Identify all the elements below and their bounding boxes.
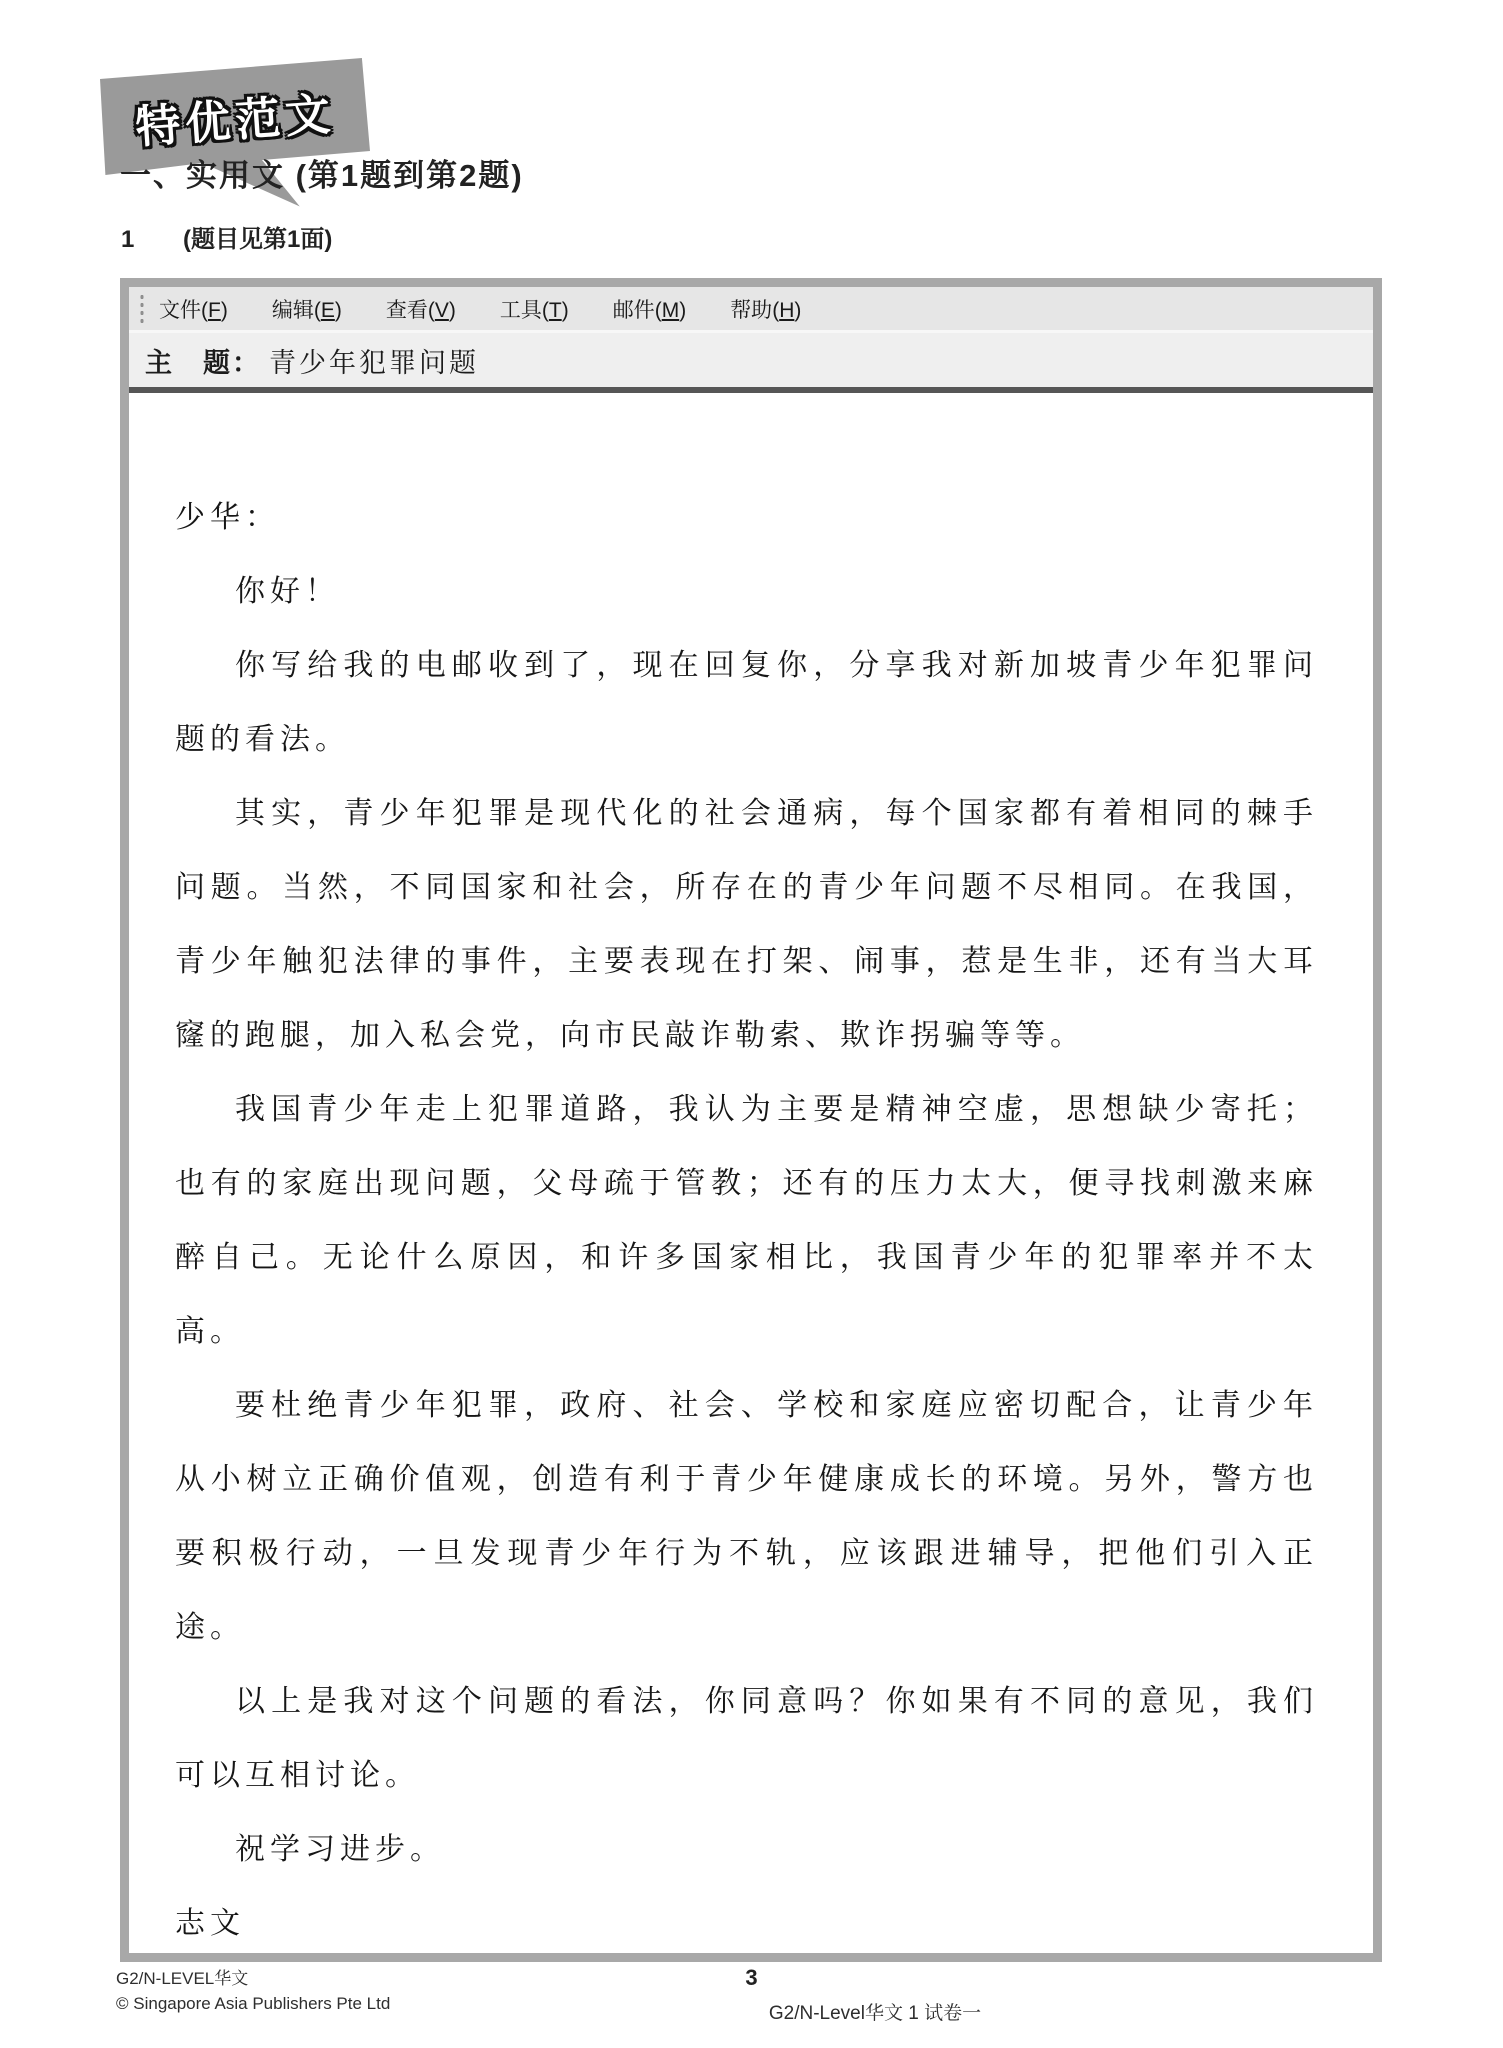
menu-bar: 文件F 编辑E 查看V 工具T 邮件M 帮助H (129, 287, 1373, 333)
email-body: 少华： 你好！ 你写给我的电邮收到了，现在回复你，分享我对新加坡青少年犯罪问题的… (129, 393, 1373, 1961)
menu-hotkey: F (201, 299, 228, 322)
letter-paragraph: 要杜绝青少年犯罪，政府、社会、学校和家庭应密切配合，让青少年从小树立正确价值观，… (175, 1369, 1318, 1665)
letter-paragraph: 以上是我对这个问题的看法，你同意吗？你如果有不同的意见，我们可以互相讨论。 (175, 1665, 1318, 1813)
question-note: (题目见第1面) (183, 226, 332, 253)
menu-grip-handle[interactable] (139, 293, 145, 325)
menu-hotkey: E (314, 299, 342, 322)
menu-label: 查看 (386, 299, 428, 322)
letter-paragraph: 我国青少年走上犯罪道路，我认为主要是精神空虚，思想缺少寄托；也有的家庭出现问题，… (175, 1073, 1318, 1369)
letter-closing: 祝学习进步。 (175, 1813, 1318, 1887)
menu-label: 编辑 (272, 299, 314, 322)
menu-hotkey: T (542, 299, 569, 322)
letter-paragraph: 你好！ (175, 555, 1318, 629)
menu-item-tools[interactable]: 工具T (500, 294, 569, 324)
menu-hotkey: H (772, 299, 801, 322)
menu-label: 文件 (159, 299, 201, 322)
letter-paragraph: 其实，青少年犯罪是现代化的社会通病，每个国家都有着相同的棘手问题。当然，不同国家… (175, 777, 1318, 1073)
footer-copyright: © Singapore Asia Publishers Pte Ltd (116, 1991, 390, 2016)
menu-item-help[interactable]: 帮助H (730, 294, 801, 324)
letter-salutation: 少华： (175, 481, 1318, 555)
letter-signature: 志文 (175, 1887, 1318, 1961)
menu-item-mail[interactable]: 邮件M (613, 294, 687, 324)
menu-item-view[interactable]: 查看V (386, 294, 456, 324)
menu-item-edit[interactable]: 编辑E (272, 294, 342, 324)
menu-hotkey: M (655, 299, 687, 322)
book-page: 特优范文 一、实用文 (第1题到第2题) 1 (题目见第1面) 文件F 编辑E … (0, 0, 1503, 2048)
email-window: 文件F 编辑E 查看V 工具T 邮件M 帮助H 主 题： 青少年犯罪问题 少华：… (120, 278, 1382, 1962)
menu-hotkey: V (428, 299, 456, 322)
page-number: 3 (0, 1965, 1503, 1991)
subject-label: 主 题： (145, 341, 261, 380)
section-heading: 一、实用文 (第1题到第2题) (120, 150, 524, 195)
subject-value: 青少年犯罪问题 (269, 341, 479, 380)
menu-item-file[interactable]: 文件F (159, 294, 228, 324)
menu-label: 工具 (500, 299, 542, 322)
menu-label: 帮助 (730, 299, 772, 322)
question-number: 1 (121, 226, 134, 253)
menu-label: 邮件 (613, 299, 655, 322)
subject-bar: 主 题： 青少年犯罪问题 (129, 333, 1373, 387)
letter-paragraph: 你写给我的电邮收到了，现在回复你，分享我对新加坡青少年犯罪问题的看法。 (175, 629, 1318, 777)
question-line: 1 (题目见第1面) (121, 219, 332, 254)
footer-caption: G2/N-Level华文 1 试卷一 (645, 1998, 1105, 2025)
